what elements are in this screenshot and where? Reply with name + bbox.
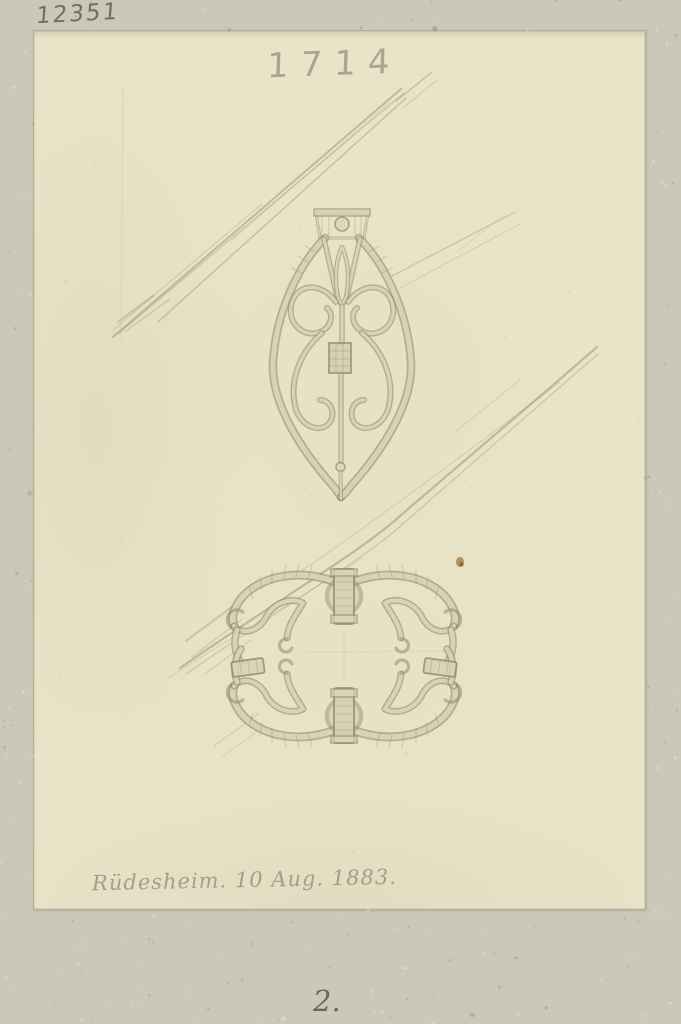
page-number: 2. [313,984,341,1018]
plate-number: 1714 [266,42,402,87]
construction-line [121,88,123,340]
foxing-spot [456,557,464,567]
hatched-plate [329,343,351,373]
pencil-hatching-upper [113,72,520,337]
scanned-drawing-page: { "page": { "inventory_number": "12351",… [0,0,681,1024]
inventory-number: 12351 [35,0,120,29]
oval-scrollwork-frame-sketch [227,564,460,748]
collar-clamp-side [231,658,265,677]
scroll-loops-right [348,287,393,428]
ornamental-escutcheon-sketch [273,209,411,499]
